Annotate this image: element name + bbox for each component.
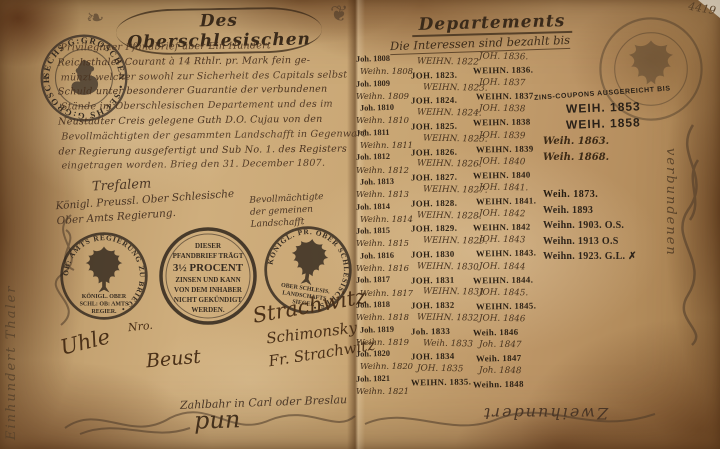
interest-date-entry: WEIHN. 1845. bbox=[476, 299, 539, 313]
interest-date-entry: Joh. 1820 bbox=[356, 347, 412, 361]
interest-date-entry: Weihn. 1814 bbox=[360, 213, 412, 225]
interest-date-entry: JOH. 1827. bbox=[411, 171, 475, 185]
interest-date-entry: WEIHN. 1843. bbox=[476, 247, 539, 261]
right-margin-vertical-text: verbundenen bbox=[663, 148, 678, 318]
interest-date-entry: WEIHN. 1825. bbox=[423, 132, 475, 146]
terms-line-4: ZINSEN UND KANN bbox=[175, 276, 240, 284]
terms-line-3: 3½ PROCENT bbox=[173, 262, 244, 274]
bottom-script-word: pun bbox=[194, 405, 241, 435]
interest-date-entry: JOH. 1846 bbox=[479, 312, 539, 326]
interest-date-entry: Weih. 1846 bbox=[473, 325, 539, 339]
terms-line-6: NICHT GEKÜNDIGT bbox=[174, 296, 242, 304]
interest-date-entry: Joh. 1813 bbox=[360, 175, 412, 189]
interest-date-entry: Joh. 1818 bbox=[356, 298, 412, 312]
interest-date-entry: Weihn. 1819 bbox=[356, 336, 412, 348]
bond-body-line: Bevollmächtigten der gesammten Landschaf… bbox=[61, 127, 354, 145]
interest-date-entry: Joh. 1819 bbox=[360, 323, 412, 337]
interest-date-entry: Weihn. 1817 bbox=[360, 287, 412, 299]
interest-date-entry: WEIHN. 1835. bbox=[411, 375, 475, 389]
interest-date-entry: Joh. 1817 bbox=[356, 274, 412, 288]
interest-date-entry: Joh. 1811 bbox=[356, 126, 412, 140]
bond-body-line: Privilegirter Pfandbrief über Ein Hunder… bbox=[60, 38, 353, 56]
terms-line-7: WERDEN. bbox=[191, 306, 225, 314]
interest-date-entry: Weihn. 1809 bbox=[356, 90, 412, 102]
interest-column-1808-1821: Joh. 1808Weihn. 1808Joh. 1809Weihn. 1809… bbox=[356, 53, 412, 397]
bond-body-text: Privilegirter Pfandbrief über Ein Hunder… bbox=[57, 38, 354, 174]
interest-date-entry: JOH. 1836. bbox=[479, 50, 539, 64]
interest-date-entry: WEIHN. 1838 bbox=[473, 116, 539, 130]
interest-date-entry: JOH. 1823. bbox=[411, 68, 475, 82]
issuer-government: Königl. Preussl. Ober Schlesische Ober A… bbox=[55, 187, 237, 229]
interest-date-entry: JOH. 1844 bbox=[479, 260, 539, 274]
interest-date-entry: JOH. 1832 bbox=[411, 299, 475, 313]
interest-date-entry: Joh. 1821 bbox=[356, 372, 412, 386]
interest-date-entry: Weihn. 1820 bbox=[360, 360, 412, 372]
interest-date-entry: Weihn. 1813 bbox=[356, 188, 412, 200]
interest-date-entry: Weihn. 1815 bbox=[356, 237, 412, 249]
interest-date-entry: Joh. 1809 bbox=[356, 77, 412, 91]
interest-date-entry: JOH. 1841. bbox=[479, 181, 539, 195]
interest-date-entry: Weihn. 1808 bbox=[360, 65, 412, 77]
interest-date-entry: Joh. 1808 bbox=[356, 52, 412, 66]
seal-amts-regierung: OB: AMTS REGIERUNG ZU BRIEG • KÖNIGL. OB… bbox=[58, 228, 150, 324]
interest-date-entry: Joh. 1816 bbox=[360, 249, 412, 263]
interest-date-entry: WEIHN. 1822 bbox=[417, 55, 475, 69]
seal-interest-terms: DIESER PFANDBRIEF TRÄGT 3½ PROCENT ZINSE… bbox=[158, 224, 258, 328]
interest-date-entry: WEIHN. 1844. bbox=[473, 273, 539, 287]
terms-line-2: PFANDBRIEF TRÄGT bbox=[173, 252, 244, 260]
interest-date-entry: Joh. 1812 bbox=[356, 151, 412, 165]
interest-date-entry: WEIHN. 1829. bbox=[423, 235, 475, 249]
interest-date-entry: WEIHN. 1841. bbox=[476, 194, 539, 208]
terms-line-5: VON DEM INHABER bbox=[174, 286, 243, 294]
interest-date-entry: JOH. 1831 bbox=[411, 273, 475, 287]
interest-date-entry: Weihn. 1812 bbox=[356, 164, 412, 176]
interest-date-entry: Weihn. 1818 bbox=[356, 311, 412, 323]
interest-date-entry: Joh. 1810 bbox=[360, 102, 412, 116]
interest-date-entry: JOH. 1828. bbox=[411, 196, 475, 210]
seal-caption-3: REGIER. bbox=[91, 309, 117, 315]
interest-date-entry: Weihn. 1810 bbox=[356, 114, 412, 126]
interest-date-entry: WEIHN. 1830 bbox=[417, 260, 475, 274]
interest-date-entry: WEIHN. 1840 bbox=[473, 168, 539, 182]
seal-caption-2: SCHL: OB: AMTS bbox=[80, 301, 129, 307]
interest-date-entry: JOH. 1830 bbox=[411, 247, 475, 261]
place-note: Trefalem bbox=[92, 176, 152, 194]
seal-caption-1: KÖNIGL. OBER bbox=[82, 293, 127, 300]
bond-body-line: Stände im Oberschlesischen Departement u… bbox=[61, 98, 354, 116]
coupon-dates: WEIH. 1853WEIH. 1858 bbox=[566, 99, 676, 131]
left-margin-vertical-text: Einhundert Thaler bbox=[4, 250, 19, 440]
interest-date-entry: JOH. 1835 bbox=[417, 363, 475, 377]
prussian-eagle-icon bbox=[86, 247, 123, 293]
interest-date-entry: WEIHN. 1831 bbox=[423, 286, 475, 300]
interest-date-entry: WEIHN. 1839 bbox=[476, 142, 539, 156]
document-scan: ❦ ❧ SECHS G:GROSCHEN • SECHS G:GROSCHEN … bbox=[0, 0, 720, 449]
interest-date-entry: Joh. 1833 bbox=[411, 324, 475, 338]
signature-beust: Beust bbox=[145, 346, 202, 373]
interest-date-entry: WEIHN. 1824. bbox=[417, 107, 475, 121]
bond-body-line: münzt welcher sowohl zur Sicherheit des … bbox=[61, 68, 354, 86]
terms-line-1: DIESER bbox=[195, 242, 222, 250]
interest-date-entry: Joh. 1815 bbox=[356, 224, 412, 238]
interest-column-1836-1848: JOH. 1836.WEIHN. 1836.JOH. 1837WEIHN. 18… bbox=[473, 51, 539, 391]
nro-note: Nro. bbox=[127, 319, 153, 335]
interest-date-entry: Weihn. 1821 bbox=[356, 385, 412, 397]
bond-body-line: eingetragen worden. Brieg den 31. Decemb… bbox=[62, 157, 355, 175]
interest-date-entry: JOH. 1839 bbox=[479, 129, 539, 143]
interest-date-entry: WEIHN. 1832 bbox=[417, 311, 475, 325]
interest-date-entry: WEIHN. 1827. bbox=[423, 184, 475, 198]
interest-date-entry: JOH. 1840 bbox=[479, 155, 539, 169]
header-divider-ornament: ❦ bbox=[330, 2, 348, 27]
header-left-ornament: ❧ bbox=[86, 6, 104, 31]
interest-date-entry: Weihn. 1848 bbox=[473, 378, 539, 392]
interest-date-entry: JOH. 1829. bbox=[411, 222, 475, 236]
coupon-date-entry: WEIH. 1858 bbox=[566, 113, 676, 133]
prussian-eagle-icon bbox=[288, 236, 331, 287]
interest-date-entry: JOH. 1845. bbox=[479, 286, 539, 300]
interest-date-entry: Joh. 1814 bbox=[356, 200, 412, 214]
interest-column-1822-1835: WEIHN. 1822JOH. 1823.WEIHN. 1823.JOH. 18… bbox=[411, 56, 475, 389]
interest-date-entry: Joh. 1847 bbox=[479, 339, 539, 353]
bottom-inverted-text: Zweihundert bbox=[440, 404, 650, 423]
interest-date-entry: JOH. 1825. bbox=[411, 119, 475, 133]
